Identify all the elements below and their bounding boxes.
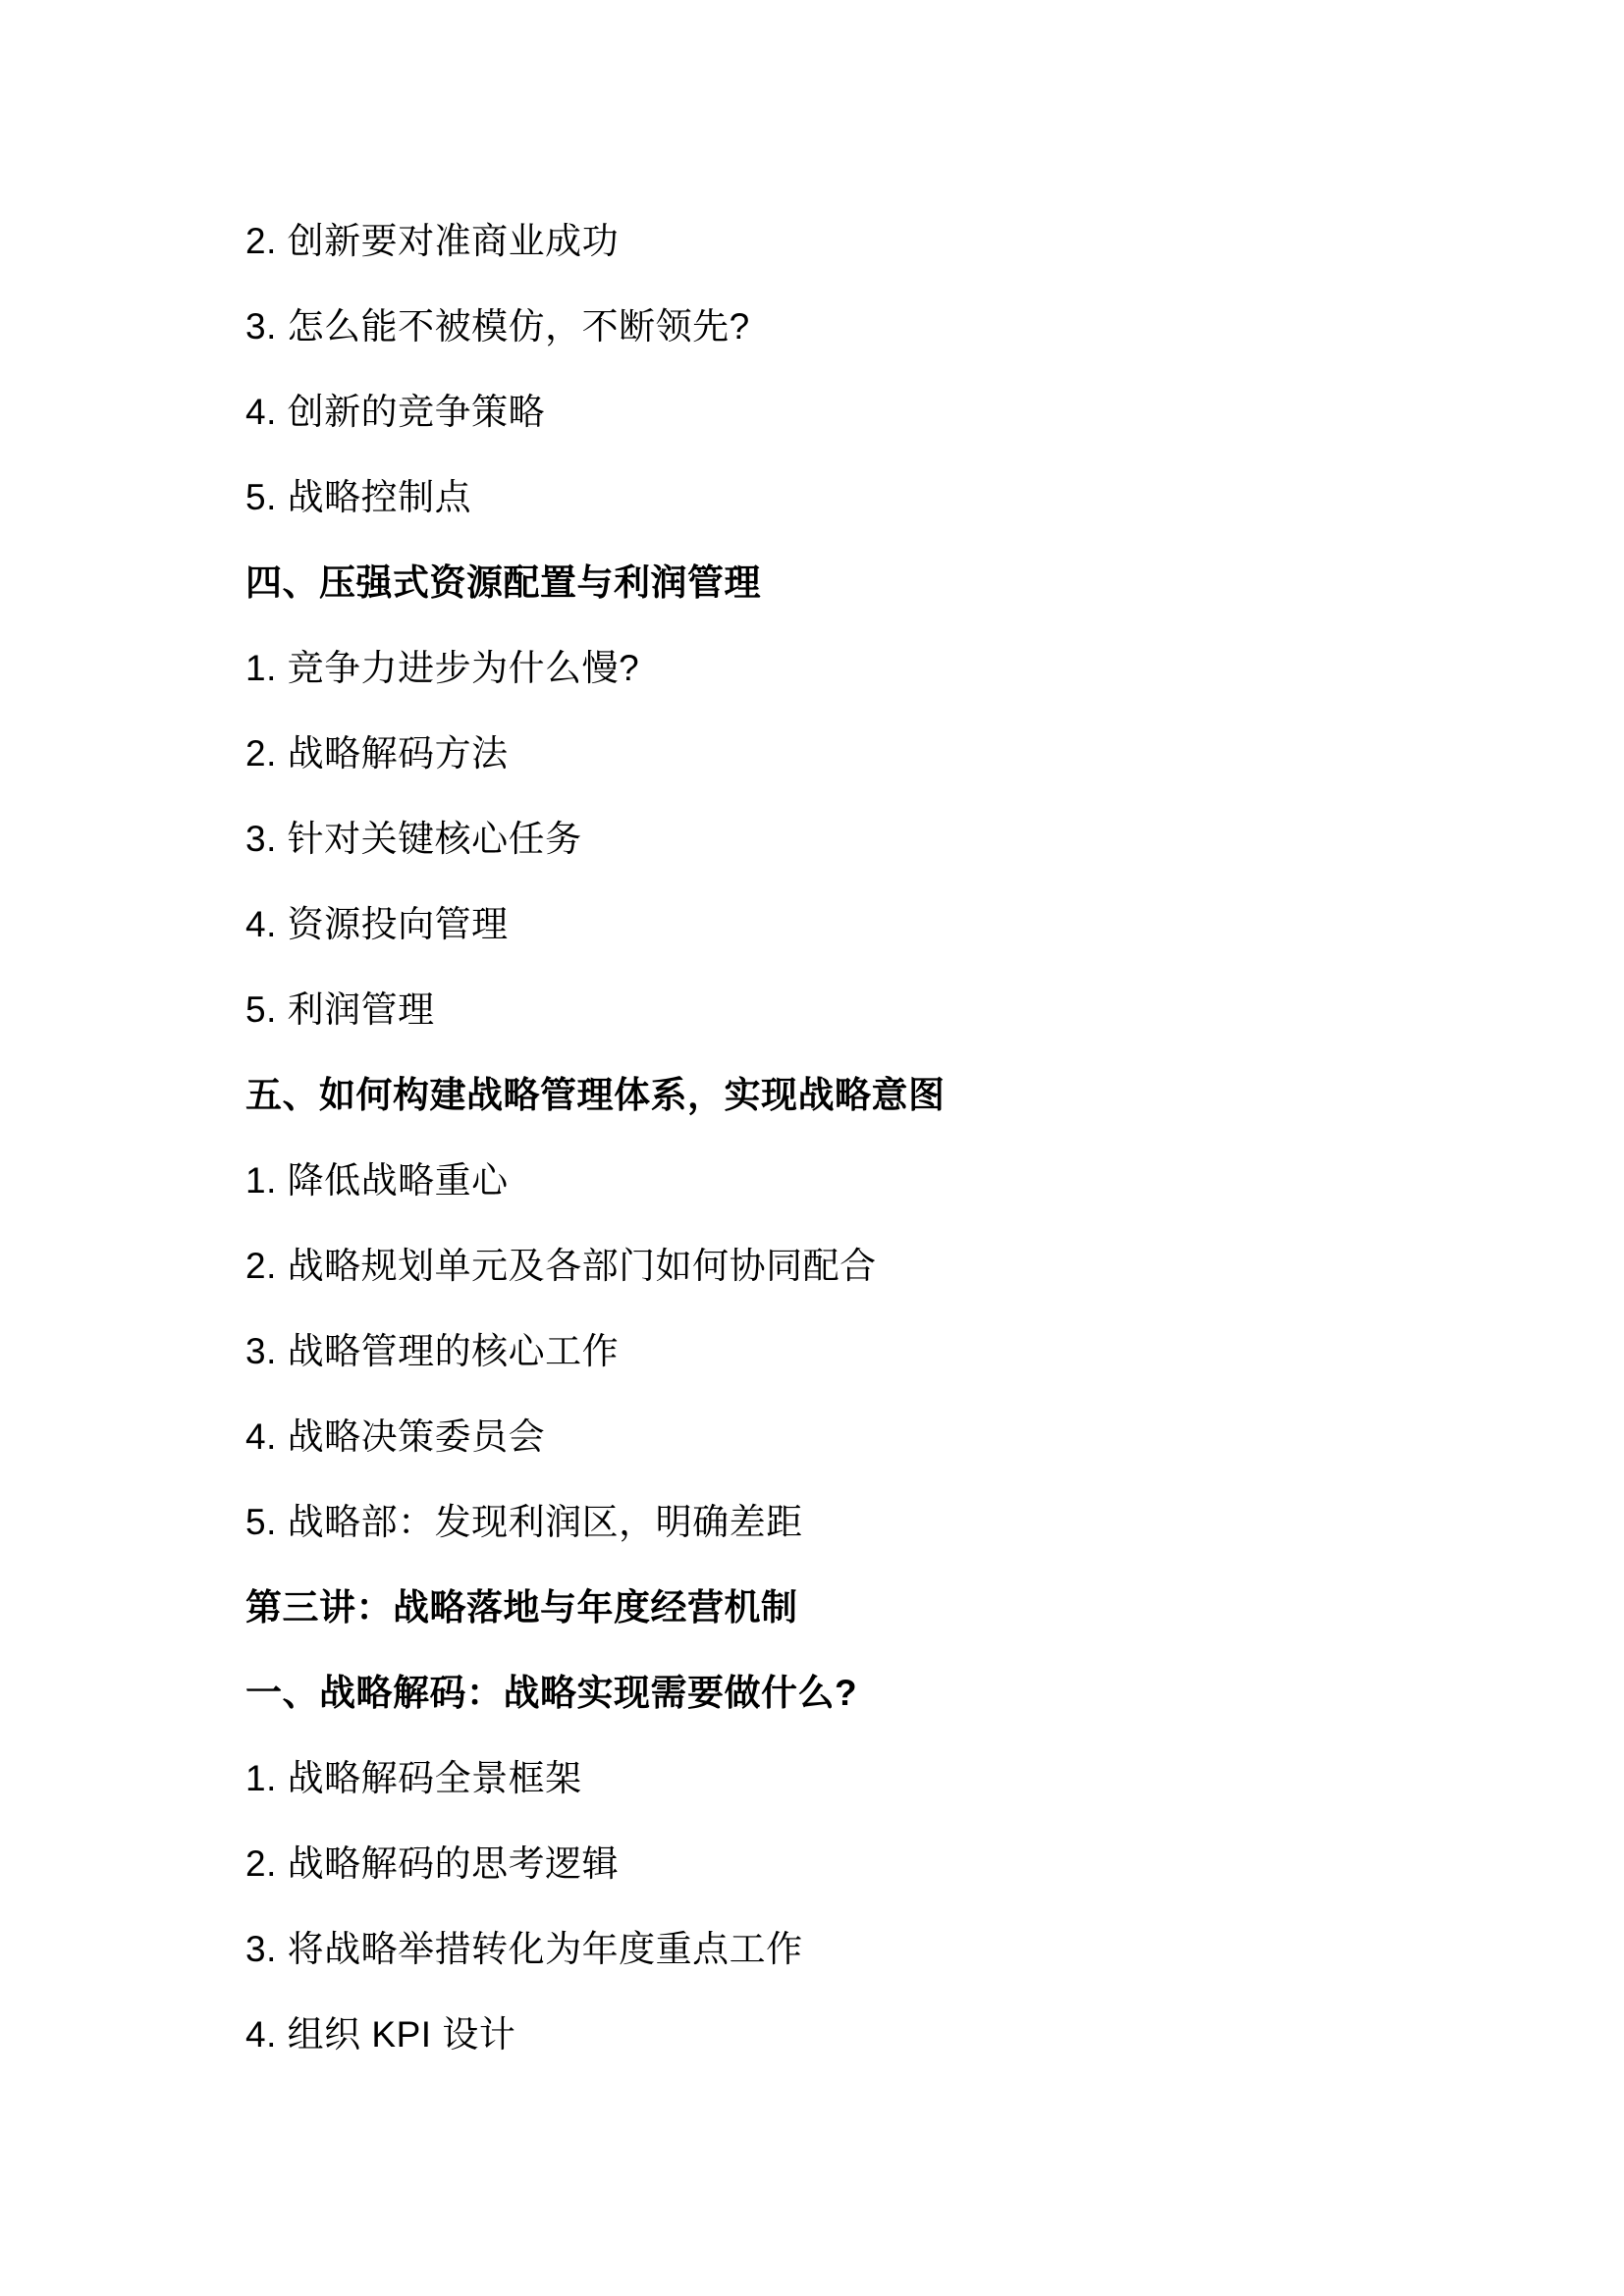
outline-item: 3. 将战略举措转化为年度重点工作 [245, 1906, 1506, 1992]
outline-item: 1. 降低战略重心 [245, 1138, 1506, 1223]
outline-item: 2. 战略解码的思考逻辑 [245, 1821, 1506, 1906]
section-heading-four: 四、压强式资源配置与利润管理 [245, 540, 1506, 625]
outline-item: 5. 战略部：发现利润区，明确差距 [245, 1479, 1506, 1565]
outline-item: 4. 资源投向管理 [245, 881, 1506, 967]
outline-item: 2. 战略规划单元及各部门如何协同配合 [245, 1223, 1506, 1308]
outline-item: 2. 创新要对准商业成功 [245, 198, 1506, 284]
document-page: 2. 创新要对准商业成功 3. 怎么能不被模仿，不断领先? 4. 创新的竞争策略… [0, 0, 1624, 2296]
lecture-three-section-one: 一、战略解码：战略实现需要做什么? [245, 1650, 1506, 1735]
outline-item: 3. 战略管理的核心工作 [245, 1308, 1506, 1394]
outline-item: 3. 针对关键核心任务 [245, 796, 1506, 881]
lecture-three-heading: 第三讲：战略落地与年度经营机制 [245, 1565, 1506, 1650]
section-heading-five: 五、如何构建战略管理体系，实现战略意图 [245, 1052, 1506, 1138]
outline-item: 1. 战略解码全景框架 [245, 1735, 1506, 1821]
outline-item: 2. 战略解码方法 [245, 711, 1506, 796]
outline-item: 1. 竞争力进步为什么慢? [245, 625, 1506, 711]
outline-item: 4. 战略决策委员会 [245, 1394, 1506, 1479]
outline-item: 4. 创新的竞争策略 [245, 369, 1506, 454]
outline-item: 3. 怎么能不被模仿，不断领先? [245, 284, 1506, 369]
outline-item: 4. 组织 KPI 设计 [245, 1992, 1506, 2077]
outline-item: 5. 战略控制点 [245, 454, 1506, 540]
outline-item: 5. 利润管理 [245, 967, 1506, 1052]
